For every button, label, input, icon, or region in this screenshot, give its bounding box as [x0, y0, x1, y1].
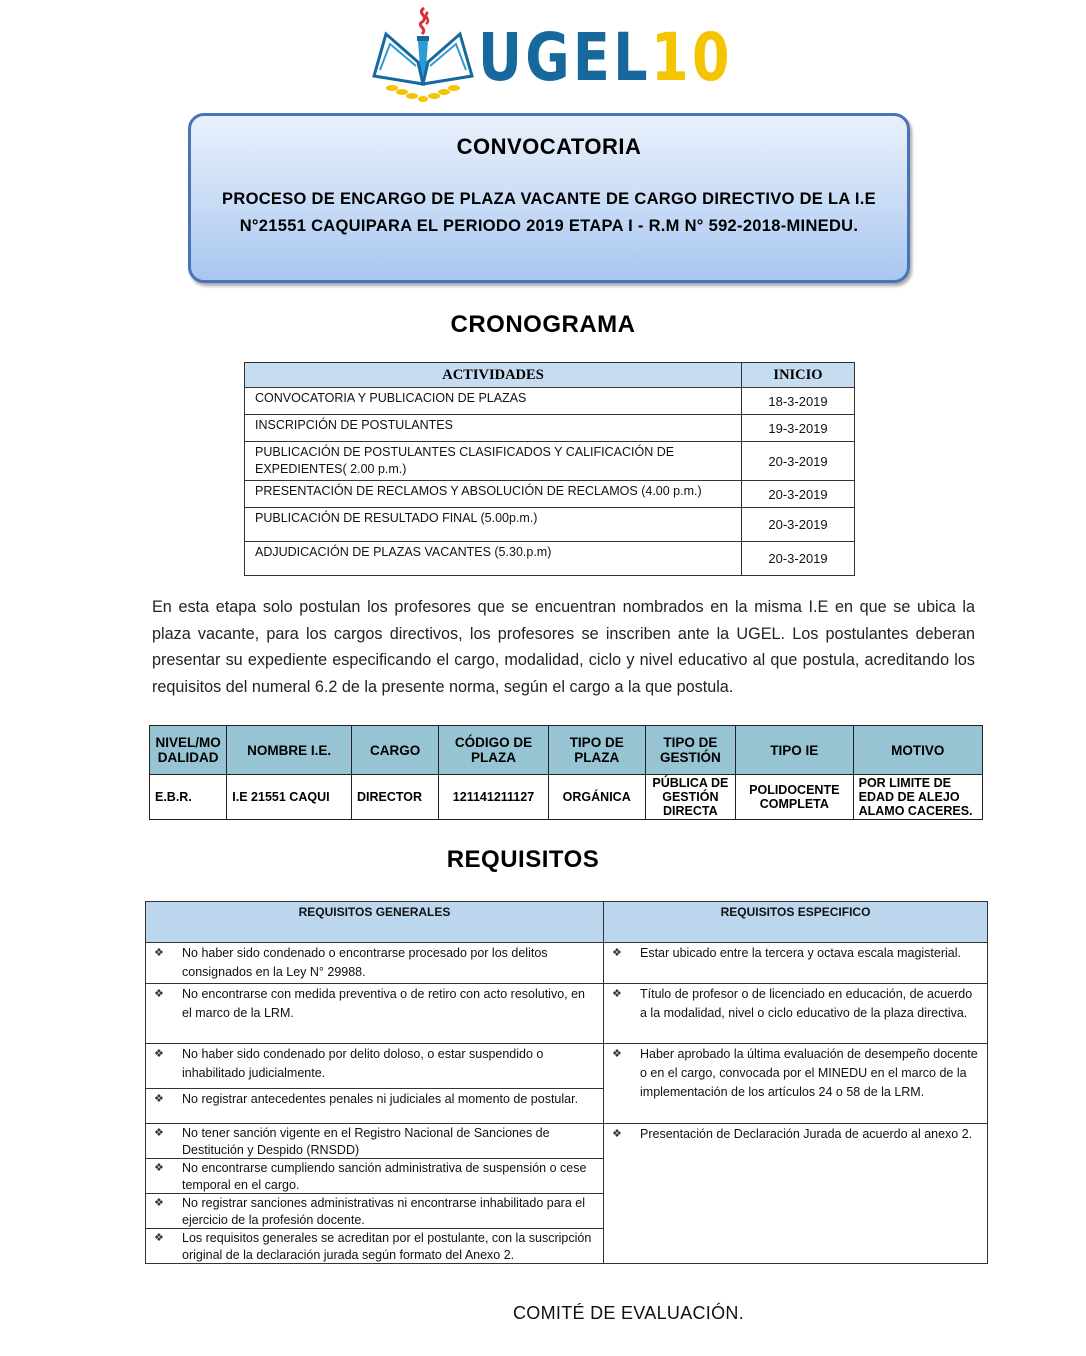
requirement-item: ❖No encontrarse cumpliendo sanción admin… — [146, 1159, 603, 1194]
activity-cell: CONVOCATORIA Y PUBLICACION DE PLAZAS — [245, 388, 742, 415]
plaza-header-cell: TIPO DE PLAZA — [548, 726, 645, 775]
intro-paragraph: En esta etapa solo postulan los profesor… — [152, 594, 975, 700]
plaza-cell: POR LIMITE DE EDAD DE ALEJO ALAMO CACERE… — [853, 775, 982, 820]
requirement-text: No encontrarse con medida preventiva o d… — [182, 985, 597, 1043]
requisitos-table: REQUISITOS GENERALES REQUISITOS ESPECIFI… — [145, 901, 988, 1264]
start-date-cell: 20-3-2019 — [742, 508, 855, 542]
requirement-item: ❖No registrar sanciones administrativas … — [146, 1194, 603, 1229]
activity-cell: PRESENTACIÓN DE RECLAMOS Y ABSOLUCIÓN DE… — [245, 481, 742, 508]
start-date-cell: 19-3-2019 — [742, 415, 855, 442]
start-date-cell: 20-3-2019 — [742, 542, 855, 576]
start-date-cell: 18-3-2019 — [742, 388, 855, 415]
plaza-table: NIVEL/MODALIDADNOMBRE I.E.CARGOCÓDIGO DE… — [149, 725, 983, 820]
table-header-row: ACTIVIDADES INICIO — [245, 363, 855, 388]
plaza-header-cell: MOTIVO — [853, 726, 982, 775]
requirement-item: ❖Título de profesor o de licenciado en e… — [604, 984, 987, 1043]
activity-cell: PUBLICACIÓN DE POSTULANTES CLASIFICADOS … — [245, 442, 742, 481]
requirement-item: ❖No tener sanción vigente en el Registro… — [146, 1124, 603, 1159]
requirement-text: Haber aprobado la última evaluación de d… — [640, 1045, 981, 1123]
requirement-text: No encontrarse cumpliendo sanción admini… — [182, 1160, 597, 1193]
plaza-cell: PÚBLICA DE GESTIÓN DIRECTA — [645, 775, 735, 820]
plaza-cell: DIRECTOR — [351, 775, 438, 820]
requirement-item: ❖No encontrarse con medida preventiva o … — [146, 984, 603, 1043]
general-requirements-cell: ❖No haber sido condenado o encontrarse p… — [146, 943, 604, 984]
bullet-icon: ❖ — [612, 944, 640, 983]
requirement-text: Estar ubicado entre la tercera y octava … — [640, 944, 961, 983]
table-header-row: NIVEL/MODALIDADNOMBRE I.E.CARGOCÓDIGO DE… — [150, 726, 983, 775]
requirement-text: No registrar sanciones administrativas n… — [182, 1195, 597, 1228]
requirement-item: ❖Los requisitos generales se acreditan p… — [146, 1229, 603, 1263]
logo-number: 10 — [651, 19, 733, 96]
footer-signature: COMITÉ DE EVALUACIÓN. — [513, 1303, 744, 1324]
table-row: ❖No haber sido condenado o encontrarse p… — [146, 943, 988, 984]
bullet-icon: ❖ — [154, 1195, 182, 1228]
ugel-logo: UGEL10 — [366, 4, 706, 104]
requisitos-title: REQUISITOS — [0, 846, 1066, 874]
specific-requirements-cell: ❖Estar ubicado entre la tercera y octava… — [604, 943, 988, 984]
specific-requirements-cell: ❖Título de profesor o de licenciado en e… — [604, 984, 988, 1044]
general-requirements-cell: ❖No tener sanción vigente en el Registro… — [146, 1124, 604, 1264]
plaza-header-cell: TIPO IE — [735, 726, 853, 775]
plaza-header-cell: CÓDIGO DE PLAZA — [439, 726, 548, 775]
table-row: ❖No haber sido condenado por delito dolo… — [146, 1044, 988, 1124]
banner-subtitle: PROCESO DE ENCARGO DE PLAZA VACANTE DE C… — [205, 186, 893, 240]
bullet-icon: ❖ — [154, 1125, 182, 1158]
requirement-item: ❖Haber aprobado la última evaluación de … — [604, 1044, 987, 1123]
header-requisitos-especificos: REQUISITOS ESPECIFICO — [604, 902, 988, 943]
requirement-item: ❖Presentación de Declaración Jurada de a… — [604, 1124, 987, 1263]
plaza-cell: 121141211127 — [439, 775, 548, 820]
bullet-icon: ❖ — [154, 1045, 182, 1088]
bullet-icon: ❖ — [154, 1230, 182, 1263]
requirement-item: ❖No haber sido condenado o encontrarse p… — [146, 943, 603, 983]
table-row: PUBLICACIÓN DE RESULTADO FINAL (5.00p.m.… — [245, 508, 855, 542]
general-requirements-cell: ❖No haber sido condenado por delito dolo… — [146, 1044, 604, 1124]
bullet-icon: ❖ — [154, 1090, 182, 1122]
bullet-icon: ❖ — [612, 1125, 640, 1263]
specific-requirements-cell: ❖Haber aprobado la última evaluación de … — [604, 1044, 988, 1124]
requirement-item: ❖Estar ubicado entre la tercera y octava… — [604, 943, 987, 983]
plaza-cell: E.B.R. — [150, 775, 227, 820]
requirement-text: No registrar antecedentes penales ni jud… — [182, 1090, 578, 1122]
table-header-row: REQUISITOS GENERALES REQUISITOS ESPECIFI… — [146, 902, 988, 943]
table-row: PRESENTACIÓN DE RECLAMOS Y ABSOLUCIÓN DE… — [245, 481, 855, 508]
requirement-item: ❖No registrar antecedentes penales ni ju… — [146, 1089, 603, 1122]
table-row: PUBLICACIÓN DE POSTULANTES CLASIFICADOS … — [245, 442, 855, 481]
requirement-text: No haber sido condenado o encontrarse pr… — [182, 944, 597, 983]
requirement-text: Título de profesor o de licenciado en ed… — [640, 985, 981, 1043]
header-actividades: ACTIVIDADES — [245, 363, 742, 388]
bullet-icon: ❖ — [154, 985, 182, 1043]
logo-wordmark: UGEL10 — [478, 18, 733, 98]
activity-cell: ADJUDICACIÓN DE PLAZAS VACANTES (5.30.p.… — [245, 542, 742, 576]
plaza-cell: I.E 21551 CAQUI — [227, 775, 352, 820]
requirement-text: Los requisitos generales se acreditan po… — [182, 1230, 597, 1263]
plaza-header-cell: NIVEL/MODALIDAD — [150, 726, 227, 775]
plaza-cell: POLIDOCENTE COMPLETA — [735, 775, 853, 820]
plaza-cell: ORGÁNICA — [548, 775, 645, 820]
requirement-item: ❖No haber sido condenado por delito dolo… — [146, 1044, 603, 1089]
activity-cell: INSCRIPCIÓN DE POSTULANTES — [245, 415, 742, 442]
bullet-icon: ❖ — [154, 1160, 182, 1193]
activity-cell: PUBLICACIÓN DE RESULTADO FINAL (5.00p.m.… — [245, 508, 742, 542]
table-row: ❖No encontrarse con medida preventiva o … — [146, 984, 988, 1044]
logo-ugel-text: UGEL — [478, 19, 651, 96]
cronograma-title: CRONOGRAMA — [0, 311, 1086, 339]
table-row: INSCRIPCIÓN DE POSTULANTES19-3-2019 — [245, 415, 855, 442]
book-torch-icon — [366, 4, 476, 104]
table-row: E.B.R.I.E 21551 CAQUIDIRECTOR12114121112… — [150, 775, 983, 820]
specific-requirements-cell: ❖Presentación de Declaración Jurada de a… — [604, 1124, 988, 1264]
plaza-header-cell: NOMBRE I.E. — [227, 726, 352, 775]
general-requirements-cell: ❖No encontrarse con medida preventiva o … — [146, 984, 604, 1044]
header-requisitos-generales: REQUISITOS GENERALES — [146, 902, 604, 943]
bullet-icon: ❖ — [612, 1045, 640, 1123]
table-row: ADJUDICACIÓN DE PLAZAS VACANTES (5.30.p.… — [245, 542, 855, 576]
plaza-header-cell: TIPO DE GESTIÓN — [645, 726, 735, 775]
banner-title: CONVOCATORIA — [191, 134, 907, 160]
bullet-icon: ❖ — [154, 944, 182, 983]
requirement-text: No haber sido condenado por delito dolos… — [182, 1045, 597, 1088]
header-inicio: INICIO — [742, 363, 855, 388]
table-row: ❖No tener sanción vigente en el Registro… — [146, 1124, 988, 1264]
requirement-text: No tener sanción vigente en el Registro … — [182, 1125, 597, 1158]
bullet-icon: ❖ — [612, 985, 640, 1043]
cronograma-table: ACTIVIDADES INICIO CONVOCATORIA Y PUBLIC… — [244, 362, 855, 576]
start-date-cell: 20-3-2019 — [742, 481, 855, 508]
requirement-text: Presentación de Declaración Jurada de ac… — [640, 1125, 972, 1263]
table-row: CONVOCATORIA Y PUBLICACION DE PLAZAS18-3… — [245, 388, 855, 415]
start-date-cell: 20-3-2019 — [742, 442, 855, 481]
plaza-header-cell: CARGO — [351, 726, 438, 775]
convocatoria-banner: CONVOCATORIA PROCESO DE ENCARGO DE PLAZA… — [188, 113, 910, 283]
